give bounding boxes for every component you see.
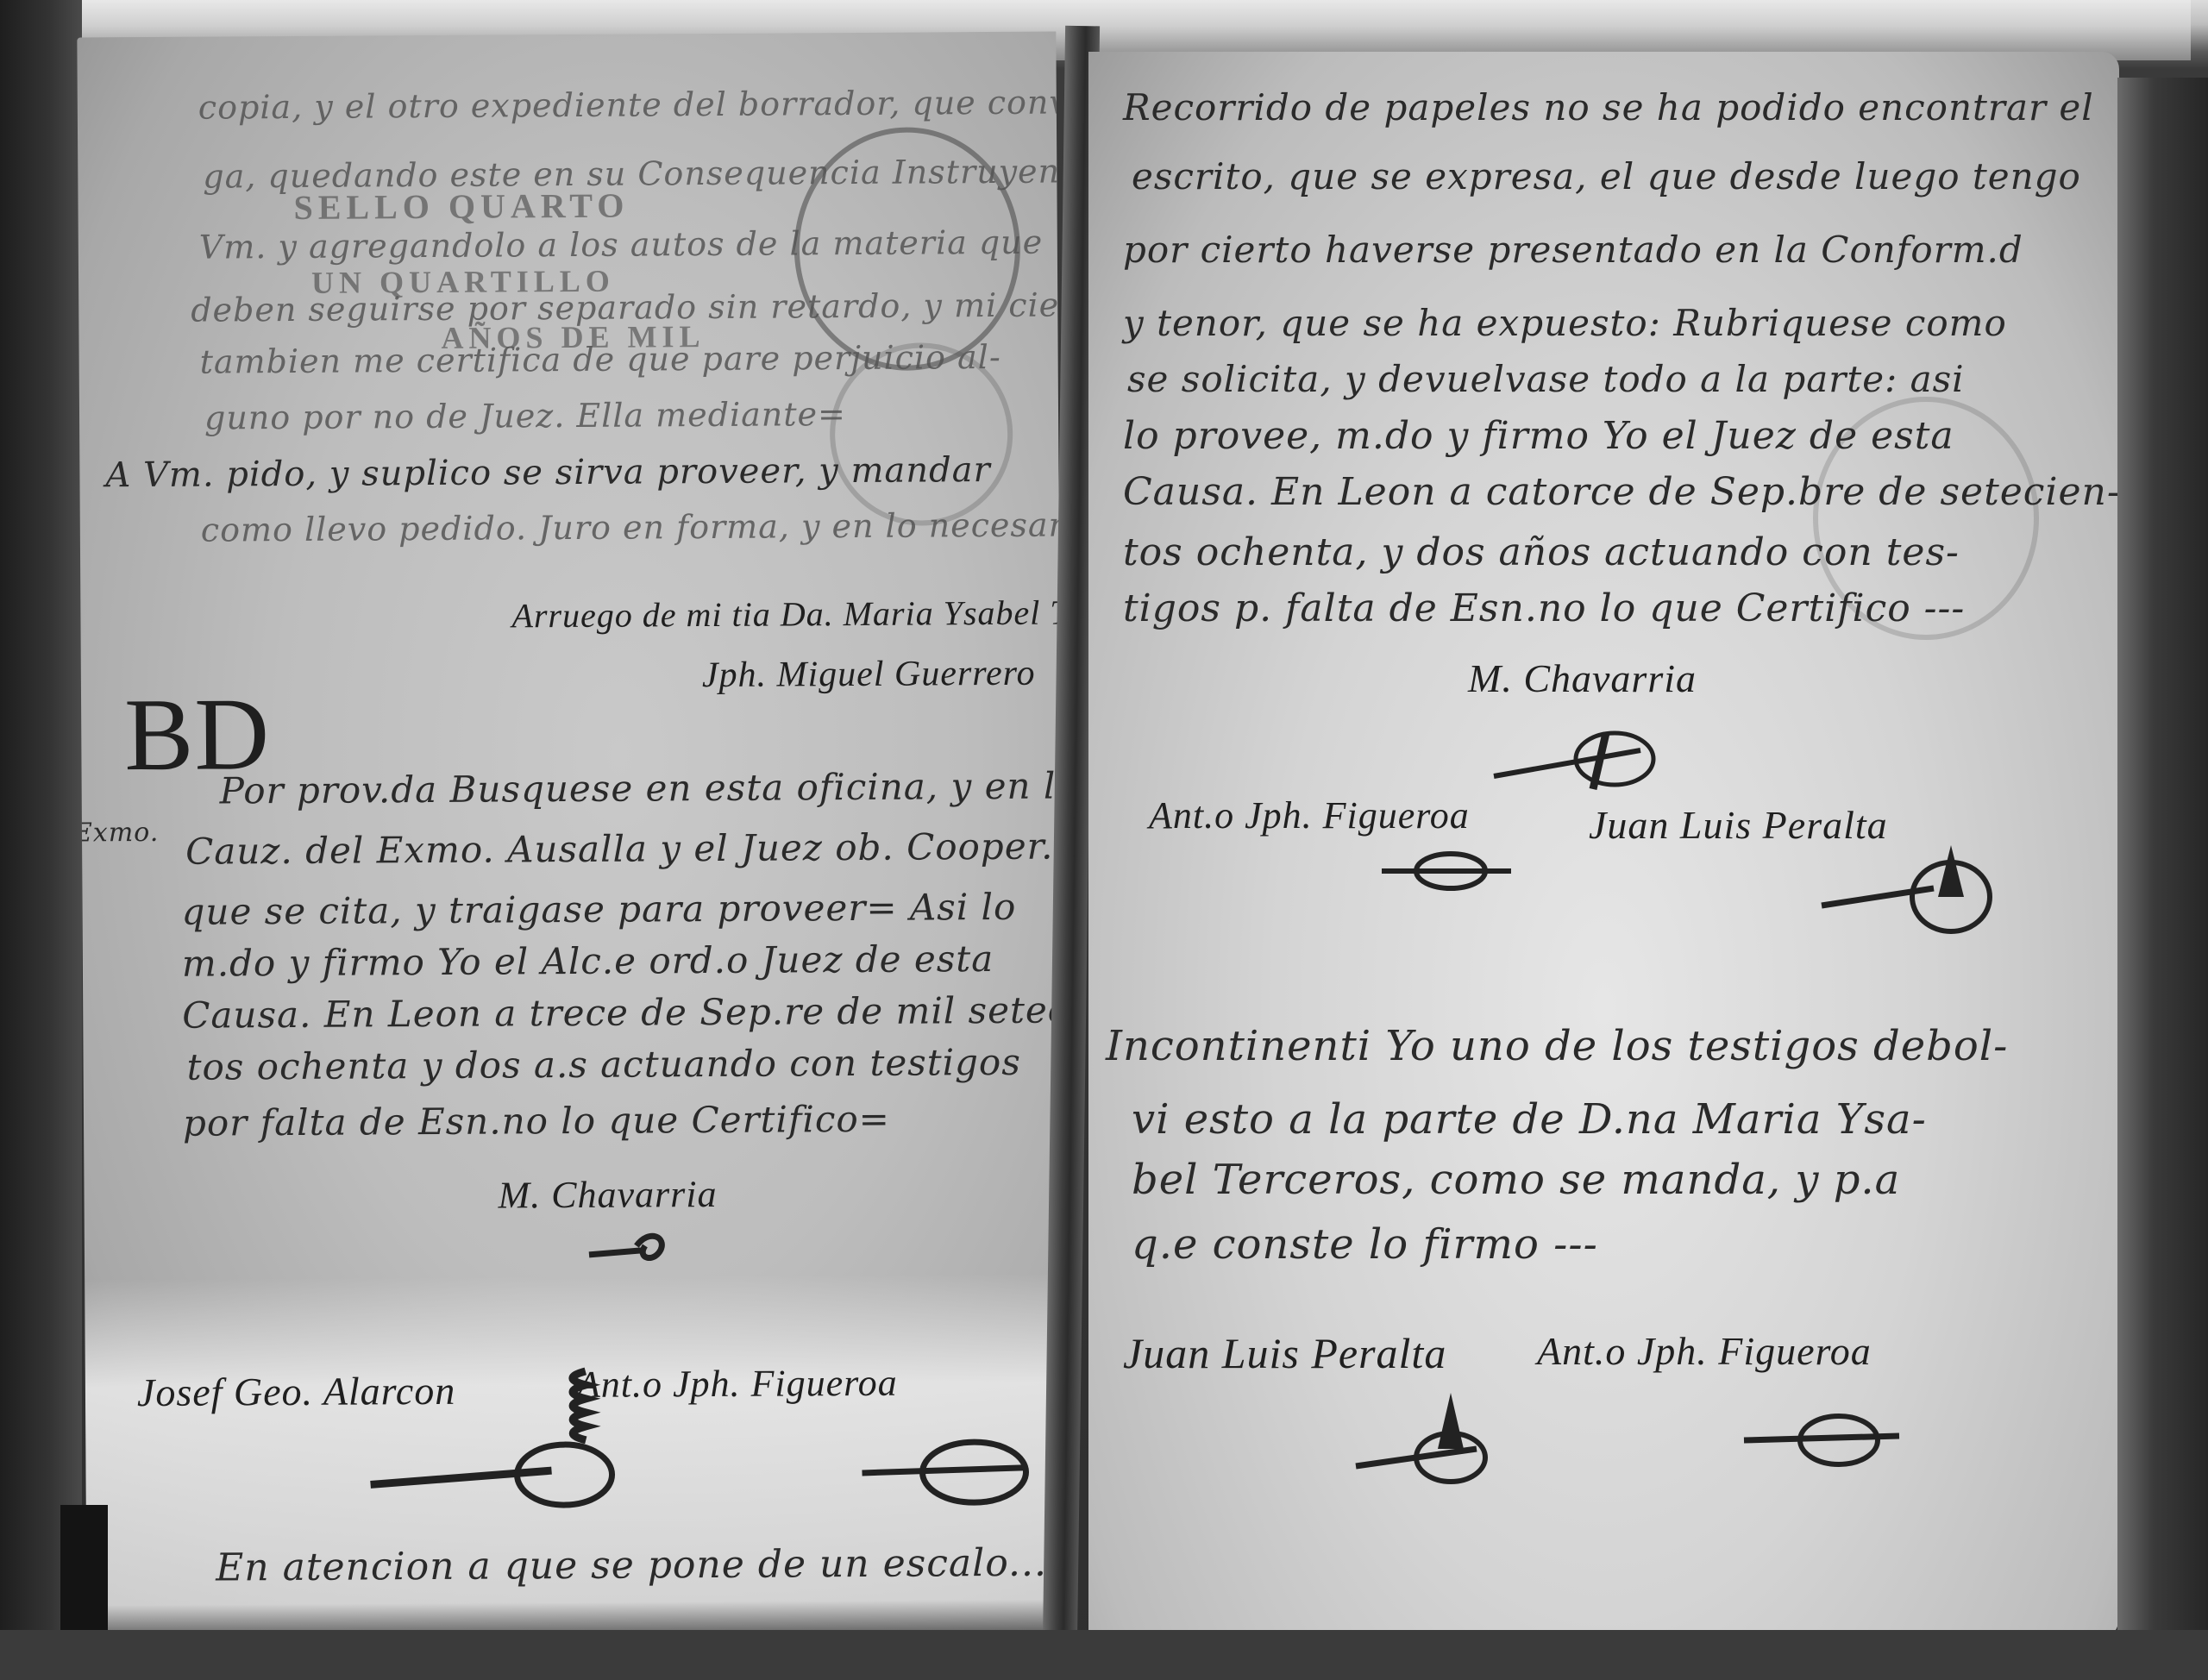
rubric-loop-right-2-icon xyxy=(1822,837,1994,949)
book-corner-tab xyxy=(60,1505,108,1634)
right-line-9: tigos p. falta de Esn.no lo que Certific… xyxy=(1123,586,1965,630)
rubric-loop-right-1-icon xyxy=(1382,845,1520,906)
left-line-8: como llevo pedido. Juro en forma, y en l… xyxy=(201,505,1066,549)
right-line-1: Recorrido de papeles no se ha podido enc… xyxy=(1123,86,2094,129)
rubric-chavarria-right: M. Chavarria xyxy=(1468,655,1697,701)
right-line-5: se solicita, y devuelvase todo a la part… xyxy=(1127,358,1965,400)
book-right-edge xyxy=(2117,78,2208,1680)
right-line-7: Causa. En Leon a catorce de Sep.bre de s… xyxy=(1123,470,2119,514)
decree-line-6: tos ochenta y dos a.s actuando con testi… xyxy=(186,1041,1020,1088)
left-line-4: deben seguirse por separado sin retardo,… xyxy=(191,285,1066,329)
rubric-chavarria-left: M. Chavarria xyxy=(498,1172,717,1218)
left-line-3: Vm. y agregandolo a los autos de la mate… xyxy=(199,223,1044,266)
signature-jph-miguel-guerrero: Jph. Miguel Guerrero xyxy=(702,653,1036,696)
decree-line-7: por falta de Esn.no lo que Certifico= xyxy=(183,1098,890,1144)
right-line-2: escrito, que se expresa, el que desde lu… xyxy=(1132,155,2081,197)
closing-signature-figueroa: Ant.o Jph. Figueroa xyxy=(1537,1328,1872,1374)
right-line-6: lo provee, m.do y firmo Yo el Juez de es… xyxy=(1123,414,1954,458)
decree-line-1: Por prov.da Busquese en esta oficina, y … xyxy=(220,764,1066,812)
left-page: SELLO QUARTO UN QUARTILLO AÑOS DE MIL co… xyxy=(77,32,1065,1638)
notice-line-3: bel Terceros, como se manda, y p.a xyxy=(1132,1156,1900,1204)
left-line-5: tambien me certifica de que pare perjuic… xyxy=(200,338,1001,381)
rubric-flourish-icon xyxy=(585,1224,688,1268)
notice-line-2: vi esto a la parte de D.na Maria Ysa- xyxy=(1132,1095,1927,1144)
margin-note-exmo: Exmo. xyxy=(77,818,159,849)
right-page: Recorrido de papeles no se ha podido enc… xyxy=(1088,52,2119,1643)
decree-line-5: Causa. En Leon a trece de Sep.re de mil … xyxy=(182,988,1066,1037)
left-line-2: ga, quedando este en su Consequencia Ins… xyxy=(203,152,1065,195)
closing-signature-peralta: Juan Luis Peralta xyxy=(1123,1328,1446,1378)
right-line-4: y tenor, que se ha expuesto: Rubriquese … xyxy=(1123,302,2007,344)
book-left-edge xyxy=(0,0,82,1680)
right-line-3: por cierto haverse presentado en la Conf… xyxy=(1123,229,2023,271)
decree-line-2: Cauz. del Exmo. Ausalla y el Juez ob. Co… xyxy=(185,825,1054,873)
rubric-loop-right-4-icon xyxy=(1744,1406,1916,1483)
rubric-loop-right-3-icon xyxy=(1347,1389,1520,1492)
book-bottom-edge xyxy=(0,1630,2208,1680)
left-line-1: copia, y el otro expediente del borrador… xyxy=(198,83,1066,127)
left-bottom-line: En atencion a que se pone de un escalo..… xyxy=(216,1541,1047,1590)
notice-line-1: Incontinenti Yo uno de los testigos debo… xyxy=(1106,1022,2008,1070)
decree-line-3: que se cita, y traigase para proveer= As… xyxy=(181,886,1016,933)
right-line-8: tos ochenta, y dos años actuando con tes… xyxy=(1123,530,1960,574)
left-line-6: guno por no de Juez. Ella mediante= xyxy=(204,395,846,437)
rubric-loop-icon xyxy=(853,1429,1044,1525)
witness-signature-figueroa-right: Ant.o Jph. Figueroa xyxy=(1149,793,1470,837)
signature-arruego: Arruego de mi tia Da. Maria Ysabel Ter..… xyxy=(511,592,1065,636)
rubric-flourish-right-icon xyxy=(1485,716,1675,802)
left-line-7: A Vm. pido, y suplico se sirva proveer, … xyxy=(105,450,990,495)
notice-line-4: q.e conste lo firmo --- xyxy=(1132,1220,1598,1269)
decree-line-4: m.do y firmo Yo el Alc.e ord.o Juez de e… xyxy=(182,937,994,985)
rubric-coil-icon xyxy=(361,1354,638,1520)
